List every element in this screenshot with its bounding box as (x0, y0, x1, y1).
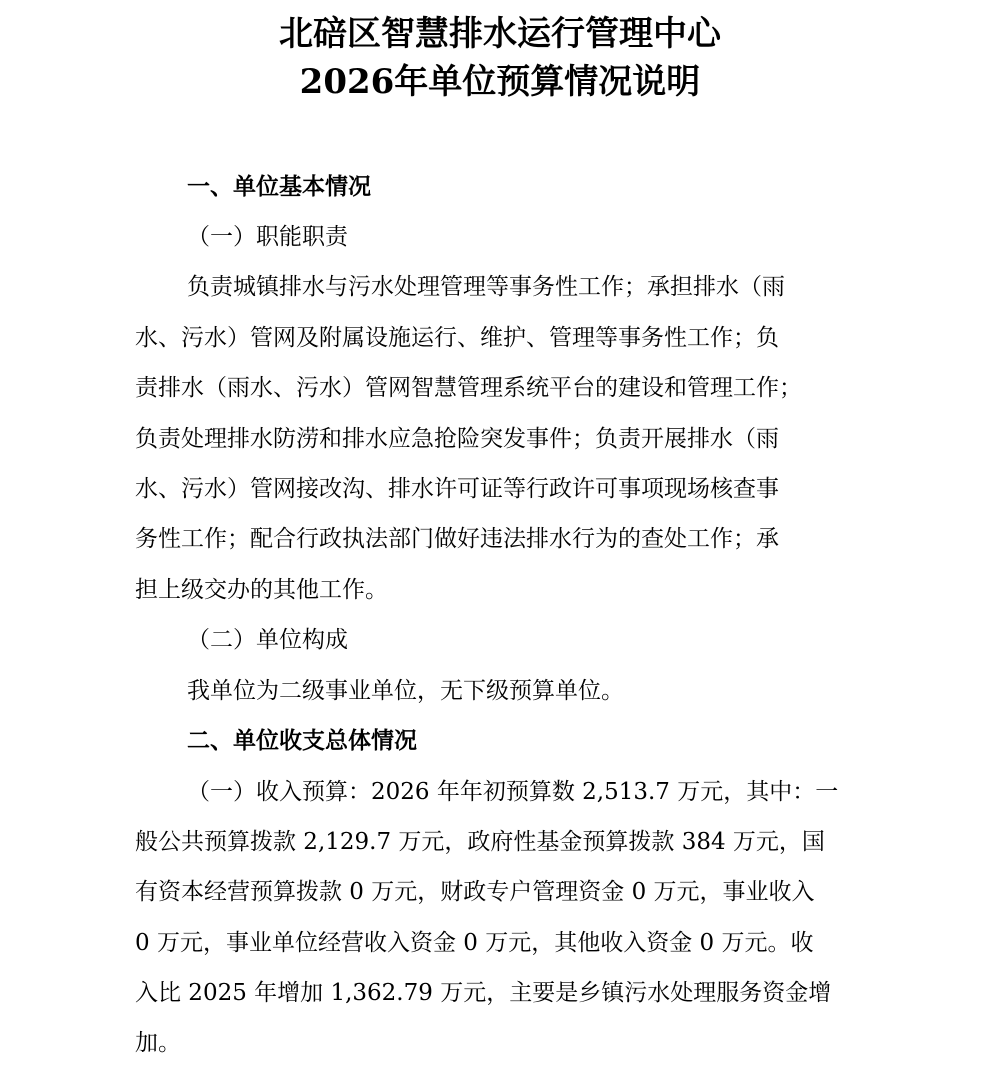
paragraph-line: 担上级交办的其他工作。 (135, 575, 388, 605)
paragraph-line: 责排水（雨水、污水）管网智慧管理系统平台的建设和管理工作； (135, 373, 802, 403)
paragraph-line: 负责城镇排水与污水处理管理等事务性工作；承担排水（雨 (187, 272, 785, 302)
paragraph-line: 0 万元，事业单位经营收入资金 0 万元，其他收入资金 0 万元。收 (135, 928, 813, 958)
document-title-line-2: 2026年单位预算情况说明 (0, 62, 1000, 102)
section-1-1-heading: （一）职能职责 (187, 222, 348, 252)
paragraph-line: 我单位为二级事业单位，无下级预算单位。 (187, 676, 624, 706)
section-1-heading: 一、单位基本情况 (187, 172, 371, 202)
paragraph-line: 负责处理排水防涝和排水应急抢险突发事件；负责开展排水（雨 (135, 424, 779, 454)
paragraph-line: 水、污水）管网接改沟、排水许可证等行政许可事项现场核查事 (135, 474, 779, 504)
paragraph-line: 加。 (135, 1028, 181, 1058)
paragraph-line: 入比 2025 年增加 1,362.79 万元，主要是乡镇污水处理服务资金增 (135, 978, 831, 1008)
paragraph-line: 务性工作；配合行政执法部门做好违法排水行为的查处工作；承 (135, 524, 779, 554)
section-2-heading: 二、单位收支总体情况 (187, 726, 417, 756)
document-title-line-1: 北碚区智慧排水运行管理中心 (0, 14, 1000, 54)
paragraph-line: 有资本经营预算拨款 0 万元，财政专户管理资金 0 万元，事业收入 (135, 877, 815, 907)
paragraph-line: 水、污水）管网及附属设施运行、维护、管理等事务性工作；负 (135, 323, 779, 353)
section-1-2-heading: （二）单位构成 (187, 625, 348, 655)
paragraph-line: （一）收入预算：2026 年年初预算数 2,513.7 万元，其中：一 (187, 777, 838, 807)
paragraph-line: 般公共预算拨款 2,129.7 万元，政府性基金预算拨款 384 万元，国 (135, 827, 825, 857)
